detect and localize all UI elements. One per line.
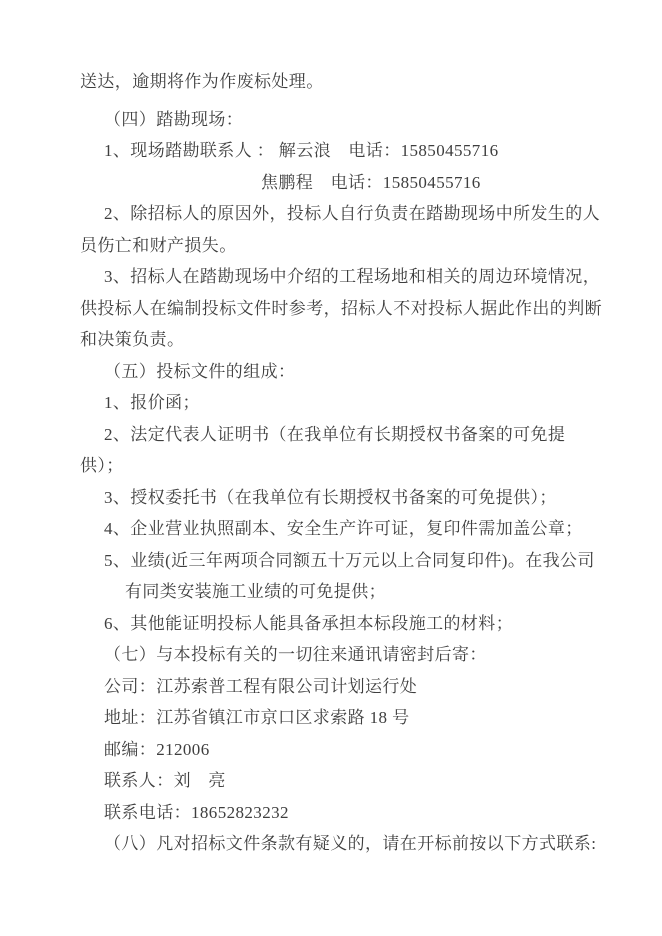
line-survey-contact-2: 焦鹏程 电话：15850455716 bbox=[80, 167, 594, 199]
heading-section-5-bid-docs: （五）投标文件的组成： bbox=[80, 356, 594, 388]
document-page: 送达，逾期将作为作废标处理。 （四）踏勘现场： 1、现场踏勘联系人 ： 解云浪 … bbox=[0, 0, 662, 936]
line-biddoc-item-1: 1、报价函； bbox=[80, 387, 594, 419]
line-survey-item-3: 3、招标人在踏勘现场中介绍的工程场地和相关的周边环境情况， bbox=[80, 261, 594, 293]
line-survey-item-2-wrap: 员伤亡和财产损失。 bbox=[80, 230, 594, 262]
line-survey-item-3-wrap-2: 和决策负责。 bbox=[80, 324, 594, 356]
line-postal-code: 邮编：212006 bbox=[80, 734, 594, 766]
line-biddoc-item-4: 4、企业营业执照副本、安全生产许可证，复印件需加盖公章； bbox=[80, 513, 594, 545]
line-address: 地址：江苏省镇江市京口区求索路 18 号 bbox=[80, 702, 594, 734]
line-biddoc-item-2-wrap: 供）； bbox=[80, 450, 594, 482]
heading-section-4-site-survey: （四）踏勘现场： bbox=[80, 104, 594, 136]
line-company: 公司：江苏索普工程有限公司计划运行处 bbox=[80, 671, 594, 703]
heading-section-7-mailing: （七）与本投标有关的一切往来通讯请密封后寄： bbox=[80, 639, 594, 671]
line-contact-phone: 联系电话：18652823232 bbox=[80, 797, 594, 829]
heading-section-8-questions: （八）凡对招标文件条款有疑义的，请在开标前按以下方式联系: bbox=[80, 828, 594, 860]
line-biddoc-item-6: 6、其他能证明投标人能具备承担本标段施工的材料； bbox=[80, 608, 594, 640]
line-survey-contact-1: 1、现场踏勘联系人 ： 解云浪 电话：15850455716 bbox=[80, 135, 594, 167]
line-biddoc-item-5: 5、业绩(近三年两项合同额五十万元以上合同复印件)。在我公司 bbox=[80, 545, 594, 577]
line-biddoc-item-2: 2、法定代表人证明书（在我单位有长期授权书备案的可免提 bbox=[80, 419, 594, 451]
line-survey-item-2: 2、除招标人的原因外，投标人自行负责在踏勘现场中所发生的人 bbox=[80, 198, 594, 230]
line-biddoc-item-5-wrap: 有同类安装施工业绩的可免提供； bbox=[80, 576, 594, 608]
line-biddoc-item-3: 3、授权委托书（在我单位有长期授权书备案的可免提供）； bbox=[80, 482, 594, 514]
line-survey-item-3-wrap-1: 供投标人在编制投标文件时参考，招标人不对投标人据此作出的判断 bbox=[80, 293, 594, 325]
line-contact-person: 联系人：刘 亮 bbox=[80, 765, 594, 797]
line-overdue-notice: 送达，逾期将作为作废标处理。 bbox=[80, 66, 594, 98]
